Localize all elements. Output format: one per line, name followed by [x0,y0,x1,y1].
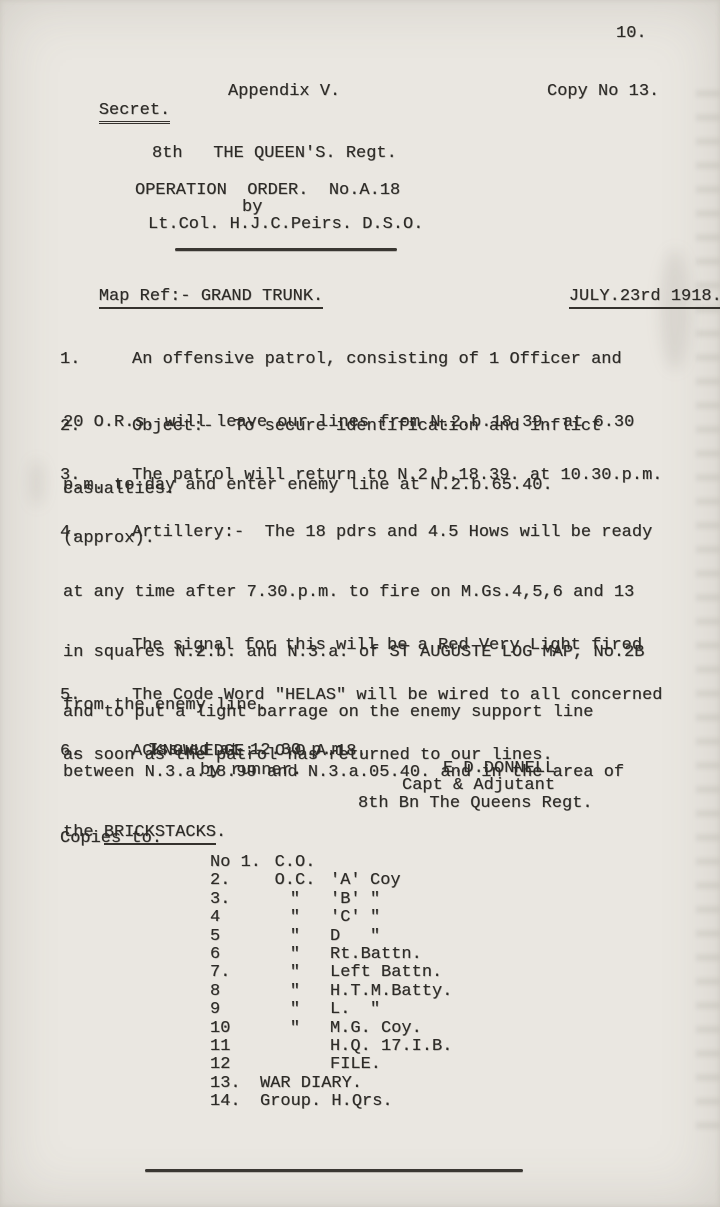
copies-cell [260,1056,330,1074]
copies-cell: " [260,1020,330,1038]
classification-label: Secret. [58,82,170,139]
order-title: OPERATION ORDER. No.A.18 [135,181,400,200]
document-page: 10. Secret. Appendix V. Copy No 13. 8th … [0,0,720,1207]
paragraph-line: 1.An offensive patrol, consisting of 1 O… [60,349,634,370]
by-runner-line: by runner. [200,761,302,780]
copies-cell: H.T.M.Batty. [330,983,370,1001]
copies-cell: O.C. [260,872,330,890]
copies-cell: FILE. [330,1056,370,1074]
copies-no: 12 [210,1056,260,1074]
copies-cell [330,1075,370,1093]
classification-text: Secret. [99,101,170,124]
copies-cell: M.G. Coy. [330,1020,370,1038]
copies-cell: Group. H.Qrs. [260,1093,330,1111]
copies-no: 2. [210,872,260,890]
copies-cell: " [260,946,330,964]
copies-no: 7. [210,964,260,982]
copies-cell [330,854,370,872]
copies-cell: " [260,964,330,982]
copies-no: 10 [210,1020,260,1038]
copies-no: 8 [210,983,260,1001]
copies-cell [370,854,401,872]
copies-cell: " [370,891,401,909]
appendix-label: Appendix V. [228,82,340,101]
author-line: Lt.Col. H.J.C.Peirs. D.S.O. [148,215,423,234]
copies-cell [370,964,401,982]
copies-cell [370,1038,401,1056]
copies-no: 5 [210,928,260,946]
copies-cell [330,1093,370,1111]
copies-cell [260,1038,330,1056]
copies-cell [370,1020,401,1038]
smudge-mark [30,460,44,506]
copies-cell: " [260,1001,330,1019]
copies-no: No 1. [210,854,260,872]
paragraph-text: Artillery:- The 18 pdrs and 4.5 Hows wil… [132,523,652,542]
copies-cell [370,1056,401,1074]
copies-cell [370,1075,401,1093]
copies-no: 3. [210,891,260,909]
copies-cell: " [260,909,330,927]
copies-cell [370,1093,401,1111]
copies-cell: Left Battn. [330,964,370,982]
issued-line: Issued at 12.30 p.m. [148,741,352,760]
copy-number: Copy No 13. [547,82,659,101]
regiment-title: 8th THE QUEEN'S. Regt. [152,144,397,163]
signer-unit: 8th Bn The Queens Regt. [358,794,593,813]
copies-cell: Coy [370,872,401,890]
copies-cell: WAR DIARY. [260,1075,330,1093]
copies-cell: " [370,1001,401,1019]
copies-cell: C.O. [260,854,330,872]
page-number: 10. [616,24,647,43]
signer-title: Capt & Adjutant [402,776,555,795]
copies-cell: D [330,928,370,946]
paragraph-number: 1. [60,349,132,370]
footer-divider-rule [145,1169,523,1172]
copies-cell: " [260,928,330,946]
copies-cell: " [370,928,401,946]
paragraph-text: An offensive patrol, consisting of 1 Off… [132,350,622,369]
copies-cell: Rt.Battn. [330,946,370,964]
copies-no: 11 [210,1038,260,1056]
paragraph-number: 4. [60,523,132,543]
copies-cell: " [260,983,330,1001]
copies-no: 14. [210,1093,260,1111]
copies-cell [370,946,401,964]
copies-no: 13. [210,1075,260,1093]
copies-cell: 'B' [330,891,370,909]
paragraph-number: 6. [60,742,132,762]
order-date-text: JULY.23rd 1918. [569,287,720,309]
bleed-through-marks [696,90,720,1130]
copies-cell: 'A' [330,872,370,890]
copies-no: 9 [210,1001,260,1019]
copies-cell: " [370,909,401,927]
copies-cell: " [260,891,330,909]
map-ref-text: Map Ref:- GRAND TRUNK. [99,287,323,309]
copies-no: 4 [210,909,260,927]
copies-cell: L. [330,1001,370,1019]
copies-cell [370,983,401,1001]
copies-table: No 1.C.O. 2.O.C.'A'Coy 3."'B'" 4"'C'" 5"… [210,854,401,1111]
copies-heading: Copies to. [60,829,162,848]
copies-no: 6 [210,946,260,964]
paragraph-text: . [216,823,226,842]
copies-cell: H.Q. 17.I.B. [330,1038,370,1056]
paragraph-line: 4.Artillery:- The 18 pdrs and 4.5 Hows w… [60,523,652,543]
copies-cell: 'C' [330,909,370,927]
header-divider-rule [175,248,397,251]
